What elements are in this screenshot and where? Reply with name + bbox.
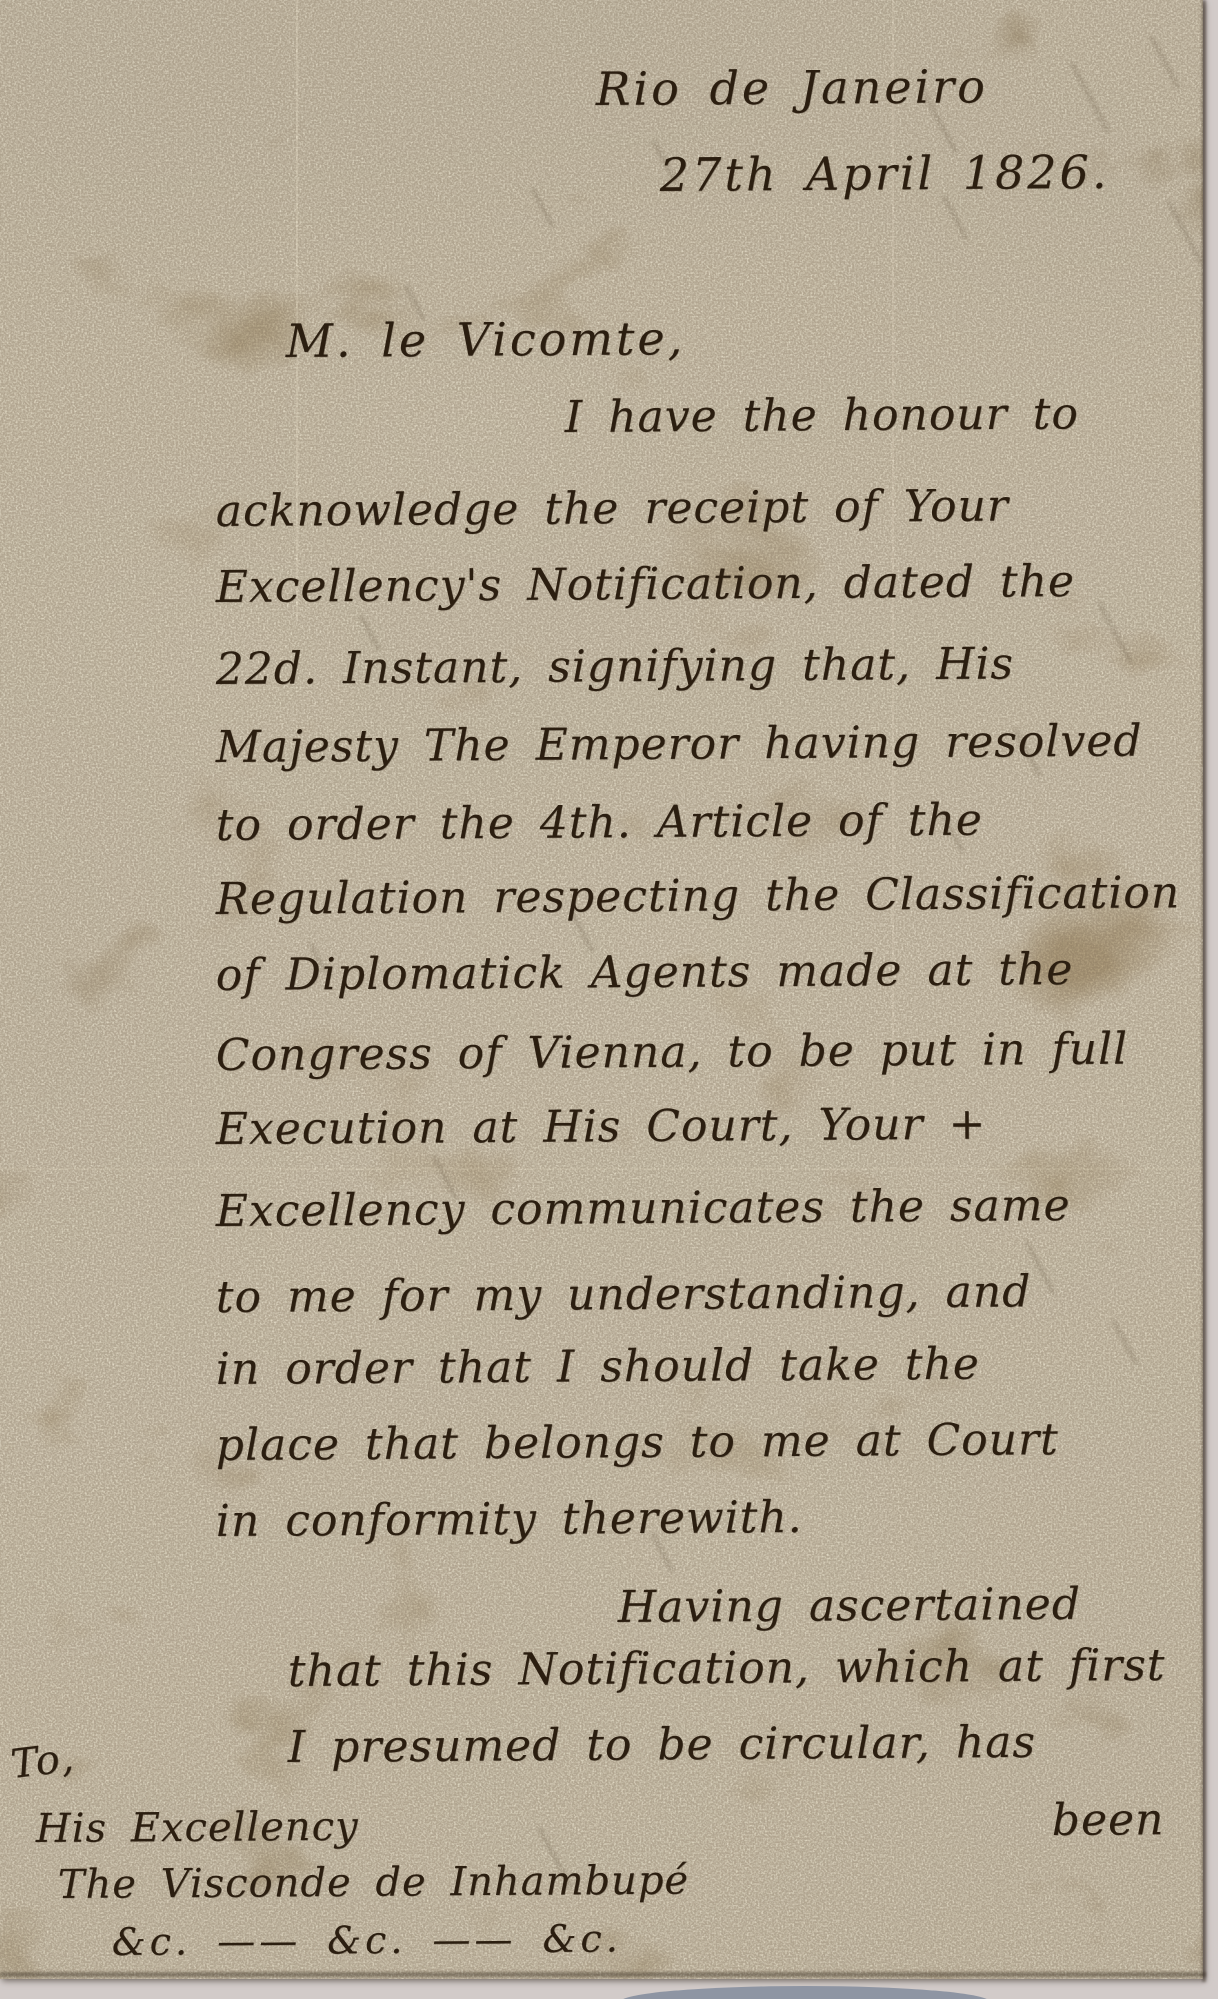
body-line: Congress of Vienna, to be put in full	[216, 1024, 1129, 1081]
salutation-line: M. le Vicomte,	[286, 311, 686, 368]
backdrop-sliver	[620, 1986, 990, 1999]
body-line: in order that I should take the	[216, 1339, 980, 1395]
body-line: place that belongs to me at Court	[216, 1414, 1059, 1471]
body-line: to me for my understanding, and	[216, 1266, 1032, 1323]
body-line: acknowledge the receipt of Your	[216, 480, 1009, 537]
body-line: Excellency's Notification, dated the	[216, 556, 1076, 613]
body-line: Excellency communicates the same	[216, 1180, 1071, 1237]
etcetera-flourish: &c. —— &c. —— &c.	[112, 1916, 622, 1964]
body-line: in conformity therewith.	[216, 1492, 803, 1547]
addressee-name-line: The Visconde de Inhambupé	[58, 1858, 690, 1908]
addressee-to-line: To,	[8, 1735, 77, 1788]
place-line: Rio de Janeiro	[596, 59, 988, 116]
date-line: 27th April 1826.	[660, 145, 1110, 202]
body-line: 22d. Instant, signifying that, His	[216, 638, 1015, 695]
body-line: I have the honour to	[565, 388, 1079, 443]
paper-edge-bottom	[0, 1972, 1206, 1977]
body-line: Majesty The Emperor having resolved	[216, 716, 1143, 773]
body-line: Execution at His Court, Your +	[216, 1099, 987, 1155]
body-line: been	[1052, 1794, 1165, 1846]
paper-edge-right	[1202, 0, 1206, 1982]
addressee-line: His Excellency	[36, 1804, 359, 1852]
body-line: that this Notification, which at first	[288, 1640, 1166, 1697]
body-line: Regulation respecting the Classification	[216, 867, 1181, 925]
body-line: to order the 4th. Article of the	[216, 795, 983, 851]
letter-photograph: Rio de Janeiro 27th April 1826. M. le Vi…	[0, 0, 1218, 1999]
body-line: I presumed to be circular, has	[288, 1717, 1036, 1773]
body-line: Having ascertained	[618, 1579, 1081, 1633]
body-line: of Diplomatick Agents made at the	[216, 944, 1074, 1001]
